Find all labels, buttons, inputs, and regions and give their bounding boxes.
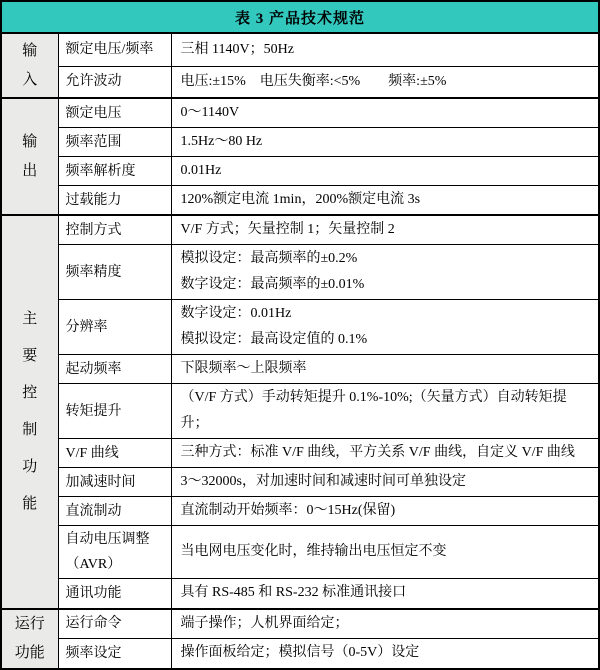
spec-value: 模拟设定：最高频率的±0.2% 数字设定：最高频率的±0.01% (171, 245, 599, 300)
spec-value: 1.5Hz～80 Hz (171, 128, 599, 157)
spec-label: 频率精度 (58, 245, 171, 300)
category-line: 功 (2, 449, 58, 486)
table-row: 加减速时间 3～32000s，对加速时间和减速时间可单独设定 (1, 468, 599, 497)
spec-label: 频率范围 (58, 128, 171, 157)
spec-value: 操作面板给定；模拟信号（0-5V）设定 (171, 639, 599, 669)
spec-label: 分辨率 (58, 300, 171, 355)
category-cell-main-control: 主 要 控 制 功 能 (1, 215, 58, 609)
table-row: 输 出 额定电压 0～1140V (1, 98, 599, 128)
category-line: 能 (2, 486, 58, 523)
category-line: 输 (2, 128, 58, 157)
spec-label: 频率设定 (58, 639, 171, 669)
table-row: 起动频率 下限频率～上限频率 (1, 355, 599, 384)
table-row: 输 入 额定电压/频率 三相 1140V；50Hz (1, 33, 599, 66)
table-row: V/F 曲线 三种方式：标准 V/F 曲线，平方关系 V/F 曲线，自定义 V/… (1, 439, 599, 468)
spec-value: 三相 1140V；50Hz (171, 33, 599, 66)
table-row: 通讯功能 具有 RS-485 和 RS-232 标准通讯接口 (1, 579, 599, 609)
spec-label: 起动频率 (58, 355, 171, 384)
table-row: 过载能力 120%额定电流 1min，200%额定电流 3s (1, 186, 599, 216)
spec-label: 运行命令 (58, 609, 171, 639)
category-line: 出 (2, 157, 58, 186)
spec-label: 直流制动 (58, 497, 171, 526)
category-line: 主 (2, 301, 58, 338)
spec-value: （V/F 方式）手动转矩提升 0.1%-10%;（矢量方式）自动转矩提升； (171, 384, 599, 439)
product-spec-table: 表 3 产品技术规范 输 入 额定电压/频率 三相 1140V；50Hz 允许波… (0, 0, 600, 670)
table-row: 频率解析度 0.01Hz (1, 157, 599, 186)
table-row: 分辨率 数字设定：0.01Hz 模拟设定：最高设定值的 0.1% (1, 300, 599, 355)
spec-label: 频率解析度 (58, 157, 171, 186)
table-title: 表 3 产品技术规范 (1, 1, 599, 33)
spec-value: 下限频率～上限频率 (171, 355, 599, 384)
spec-value: 当电网电压变化时，维持输出电压恒定不变 (171, 526, 599, 579)
table-row: 自动电压调整 （AVR） 当电网电压变化时，维持输出电压恒定不变 (1, 526, 599, 579)
spec-value: 电压:±15% 电压失衡率:<5% 频率:±5% (171, 66, 599, 98)
spec-label: 允许波动 (58, 66, 171, 98)
table-header-row: 表 3 产品技术规范 (1, 1, 599, 33)
spec-value: 端子操作；人机界面给定； (171, 609, 599, 639)
table-row: 运行 功能 运行命令 端子操作；人机界面给定； (1, 609, 599, 639)
table-row: 直流制动 直流制动开始频率：0～15Hz(保留) (1, 497, 599, 526)
spec-label: 转矩提升 (58, 384, 171, 439)
spec-label: V/F 曲线 (58, 439, 171, 468)
spec-value: 120%额定电流 1min，200%额定电流 3s (171, 186, 599, 216)
category-line: 要 (2, 338, 58, 375)
table-row: 主 要 控 制 功 能 控制方式 V/F 方式；矢量控制 1；矢量控制 2 (1, 215, 599, 245)
spec-value: 3～32000s，对加速时间和减速时间可单独设定 (171, 468, 599, 497)
spec-value: V/F 方式；矢量控制 1；矢量控制 2 (171, 215, 599, 245)
spec-label: 额定电压 (58, 98, 171, 128)
category-line: 控 (2, 375, 58, 412)
spec-value: 0～1140V (171, 98, 599, 128)
spec-value: 具有 RS-485 和 RS-232 标准通讯接口 (171, 579, 599, 609)
table-row: 频率设定 操作面板给定；模拟信号（0-5V）设定 (1, 639, 599, 669)
spec-label: 加减速时间 (58, 468, 171, 497)
category-cell-operation: 运行 功能 (1, 609, 58, 669)
spec-label: 过载能力 (58, 186, 171, 216)
spec-label: 控制方式 (58, 215, 171, 245)
table-row: 转矩提升 （V/F 方式）手动转矩提升 0.1%-10%;（矢量方式）自动转矩提… (1, 384, 599, 439)
table-row: 频率精度 模拟设定：最高频率的±0.2% 数字设定：最高频率的±0.01% (1, 245, 599, 300)
table-row: 允许波动 电压:±15% 电压失衡率:<5% 频率:±5% (1, 66, 599, 98)
category-line: 输 (2, 37, 58, 66)
spec-value: 三种方式：标准 V/F 曲线，平方关系 V/F 曲线，自定义 V/F 曲线 (171, 439, 599, 468)
spec-value: 0.01Hz (171, 157, 599, 186)
category-line: 入 (2, 66, 58, 95)
table-row: 频率范围 1.5Hz～80 Hz (1, 128, 599, 157)
category-line: 功能 (2, 639, 58, 668)
category-line: 运行 (2, 610, 58, 639)
spec-value: 数字设定：0.01Hz 模拟设定：最高设定值的 0.1% (171, 300, 599, 355)
category-line: 制 (2, 412, 58, 449)
spec-label: 额定电压/频率 (58, 33, 171, 66)
category-cell-output: 输 出 (1, 98, 58, 215)
category-cell-input: 输 入 (1, 33, 58, 98)
spec-label: 通讯功能 (58, 579, 171, 609)
spec-value: 直流制动开始频率：0～15Hz(保留) (171, 497, 599, 526)
spec-label: 自动电压调整 （AVR） (58, 526, 171, 579)
